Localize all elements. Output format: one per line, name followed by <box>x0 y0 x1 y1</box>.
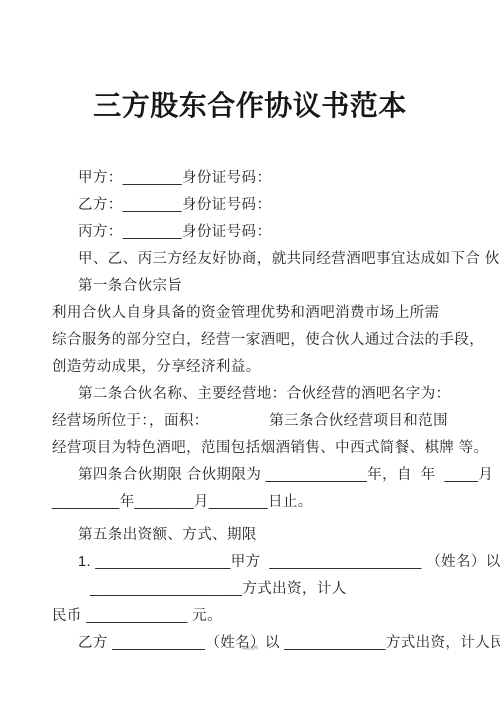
line-location: 经营场所位于：，面积： 第三条合伙经营项目和范围 <box>52 408 448 435</box>
line-clause3-heading: 第三条合伙经营项目和范围 <box>269 408 448 435</box>
line-clause1-heading: 第一条合伙宗旨 <box>52 273 448 300</box>
line-party-a: 甲方：_______身份证号码： <box>52 165 448 192</box>
line-clause1-body-3: 创造劳动成果，分享经济利益。 <box>52 354 448 381</box>
line-contribution-party-a: 1. ________________甲方 __________________… <box>52 549 448 576</box>
line-clause1-body-1: 利用合伙人自身具备的资金管理优势和酒吧消费市场上所需 <box>52 300 448 327</box>
line-party-c: 丙方：_______身份证号码： <box>52 219 448 246</box>
line-preamble: 甲、乙、丙三方经友好协商，就共同经营酒吧事宜达成如下合 伙协议： <box>52 246 448 273</box>
line-clause3-body: 经营项目为特色酒吧，范围包括烟酒销售、中西式简餐、棋牌 等。 <box>52 435 448 462</box>
line-clause4: 第四条合伙期限 合伙期限为 ____________年，自 年 ____月 日起… <box>52 462 448 489</box>
line-party-b: 乙方：_______身份证号码： <box>52 192 448 219</box>
line-clause2-heading: 第二条合伙名称、主要经营地： 合伙经营的酒吧名字为： <box>52 381 448 408</box>
document-title: 三方股东合作协议书范本 <box>0 84 500 124</box>
line-location-left: 经营场所位于：，面积： <box>52 408 209 435</box>
line-clause4-cont: ________年_______月_______日止。 <box>52 489 448 516</box>
line-clause2-heading-right: 合伙经营的酒吧名字为： <box>287 381 451 408</box>
line-clause5-heading: 第五条出资额、方式、期限 <box>52 522 448 549</box>
line-contribution-party-b: 乙方 ___________（姓名）以 ____________方式出资，计人民 <box>52 630 448 657</box>
line-clause2-heading-left: 第二条合伙名称、主要经营地： <box>78 381 287 408</box>
line-contribution-party-a-cont2: 民币 ____________ 元。 <box>52 603 448 630</box>
document-page: 三方股东合作协议书范本 甲方：_______身份证号码： 乙方：_______身… <box>0 0 500 708</box>
line-clause1-body-2: 综合服务的部分空白，经营一家酒吧，使合伙人通过合法的手段， <box>52 327 448 354</box>
line-contribution-party-a-cont: __________________方式出资，计人 <box>52 576 448 603</box>
watermark: 精品文档 <box>242 645 258 650</box>
document-body: 甲方：_______身份证号码： 乙方：_______身份证号码： 丙方：___… <box>52 165 448 657</box>
